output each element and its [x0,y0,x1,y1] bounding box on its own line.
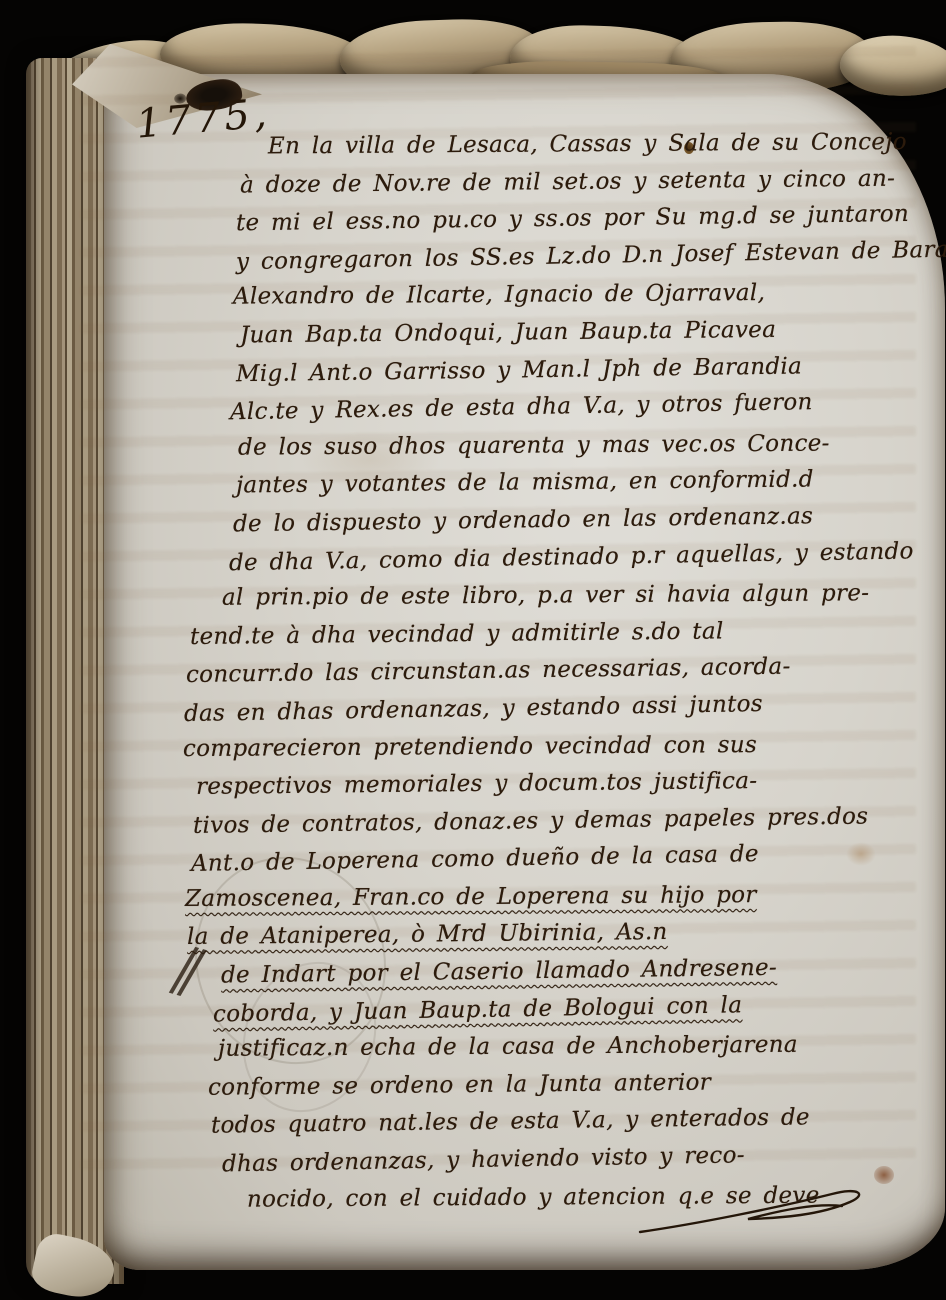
manuscript-text: En la villa de Lesaca, Cassas y Sala de … [0,127,946,1217]
rubric-flourish [636,1182,876,1242]
photo-of-manuscript: 1775, ∥ En la villa de Lesaca, Cassas y … [0,0,946,1300]
